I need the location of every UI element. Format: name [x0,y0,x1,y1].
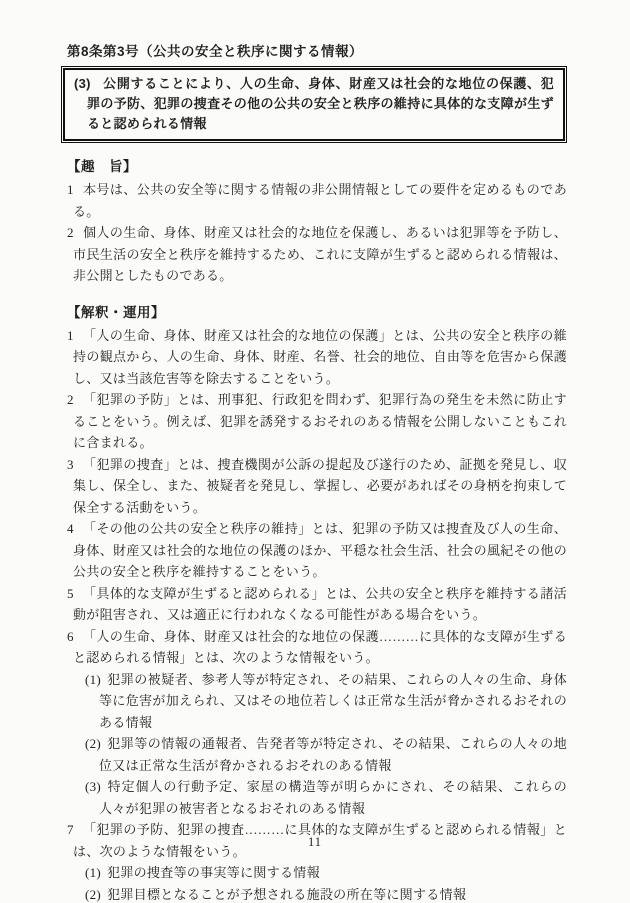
interpretation-heading: 【解釈・運用】 [67,302,567,323]
item-text: 「その他の公共の安全と秩序の維持」とは、犯罪の予防又は捜査及び人の生命、身体、財… [73,521,567,579]
item-number: 1 [67,328,74,343]
section-interpretation: 【解釈・運用】 1「人の生命、身体、財産又は社会的な地位の保護」とは、公共の安全… [67,302,567,903]
numbered-item: 1「人の生命、身体、財産又は社会的な地位の保護」とは、公共の安全と秩序の維持の観… [67,325,567,390]
item-number: (2) [85,887,101,902]
section-purpose: 【趣 旨】 1本号は、公共の安全等に関する情報の非公開情報としての要件を定めるも… [67,156,567,287]
item-number: 2 [67,225,74,240]
numbered-item: 6「人の生命、身体、財産又は社会的な地位の保護………に具体的な支障が生ずると認め… [67,626,567,669]
sub-item: (2)犯罪目標となることが予想される施設の所在等に関する情報 [85,884,567,903]
item-text: 「具体的な支障が生ずると認められる」とは、公共の安全と秩序を維持する諸活動が阻害… [73,586,567,623]
item-text: 犯罪目標となることが予想される施設の所在等に関する情報 [107,887,466,902]
document-page: 第8条第3号（公共の安全と秩序に関する情報） (3)公開することにより、人の生命… [0,0,630,903]
item-number: 1 [67,182,74,197]
statute-quote-body: 公開することにより、人の生命、身体、財産又は社会的な地位の保護、犯罪の予防、犯罪… [87,76,554,131]
item-text: 「犯罪の予防」とは、刑事犯、行政犯を問わず、犯罪行為の発生を未然に防止することを… [73,392,567,450]
item-text: 犯罪の捜査等の事実等に関する情報 [107,865,320,880]
item-text: 特定個人の行動予定、家屋の構造等が明らかにされ、その結果、これらの人々が犯罪の被… [99,779,567,816]
numbered-item: 2「犯罪の予防」とは、刑事犯、行政犯を問わず、犯罪行為の発生を未然に防止すること… [67,389,567,454]
numbered-item: 2個人の生命、身体、財産又は社会的な地位を保護し、あるいは犯罪等を予防し、市民生… [67,222,567,287]
sub-item: (1)犯罪の捜査等の事実等に関する情報 [85,862,567,884]
statute-quote-number: (3) [74,76,91,91]
item-text: 個人の生命、身体、財産又は社会的な地位を保護し、あるいは犯罪等を予防し、市民生活… [73,225,567,283]
item-number: 3 [67,457,74,472]
statute-quote-text: (3)公開することにより、人の生命、身体、財産又は社会的な地位の保護、犯罪の予防… [74,74,554,134]
item-text: 犯罪の被疑者、参考人等が特定され、その結果、これらの人々の生命、身体等に危害が加… [99,672,567,730]
page-number: 11 [0,835,630,850]
numbered-item: 4「その他の公共の安全と秩序の維持」とは、犯罪の予防又は捜査及び人の生命、身体、… [67,518,567,583]
article-heading: 第8条第3号（公共の安全と秩序に関する情報） [67,43,567,61]
sub-item: (3)特定個人の行動予定、家屋の構造等が明らかにされ、その結果、これらの人々が犯… [85,776,567,819]
numbered-item: 1本号は、公共の安全等に関する情報の非公開情報としての要件を定めるものである。 [67,179,567,222]
numbered-item: 5「具体的な支障が生ずると認められる」とは、公共の安全と秩序を維持する諸活動が阻… [67,583,567,626]
item-number: (2) [85,736,101,751]
item-number: 6 [67,629,74,644]
statute-quote-box: (3)公開することにより、人の生命、身体、財産又は社会的な地位の保護、犯罪の予防… [63,68,565,141]
item-number: 5 [67,586,74,601]
item-text: 本号は、公共の安全等に関する情報の非公開情報としての要件を定めるものである。 [73,182,567,219]
item-text: 「人の生命、身体、財産又は社会的な地位の保護」とは、公共の安全と秩序の維持の観点… [73,328,567,386]
item-text: 「人の生命、身体、財産又は社会的な地位の保護………に具体的な支障が生ずると認めら… [73,629,567,666]
sub-item: (2)犯罪等の情報の通報者、告発者等が特定され、その結果、これらの人々の地位又は… [85,733,567,776]
item-number: (3) [85,779,101,794]
item-number: 2 [67,392,74,407]
purpose-heading: 【趣 旨】 [67,156,567,177]
item-number: (1) [85,865,101,880]
sub-item: (1)犯罪の被疑者、参考人等が特定され、その結果、これらの人々の生命、身体等に危… [85,669,567,734]
interpretation-items: 1「人の生命、身体、財産又は社会的な地位の保護」とは、公共の安全と秩序の維持の観… [67,325,567,903]
numbered-item: 3「犯罪の捜査」とは、捜査機関が公訴の提起及び遂行のため、証拠を発見し、収集し、… [67,454,567,519]
purpose-items: 1本号は、公共の安全等に関する情報の非公開情報としての要件を定めるものである。2… [67,179,567,287]
item-number: (1) [85,672,101,687]
item-number: 4 [67,521,74,536]
item-text: 犯罪等の情報の通報者、告発者等が特定され、その結果、これらの人々の地位又は正常な… [99,736,567,773]
item-text: 「犯罪の捜査」とは、捜査機関が公訴の提起及び遂行のため、証拠を発見し、収集し、保… [73,457,567,515]
